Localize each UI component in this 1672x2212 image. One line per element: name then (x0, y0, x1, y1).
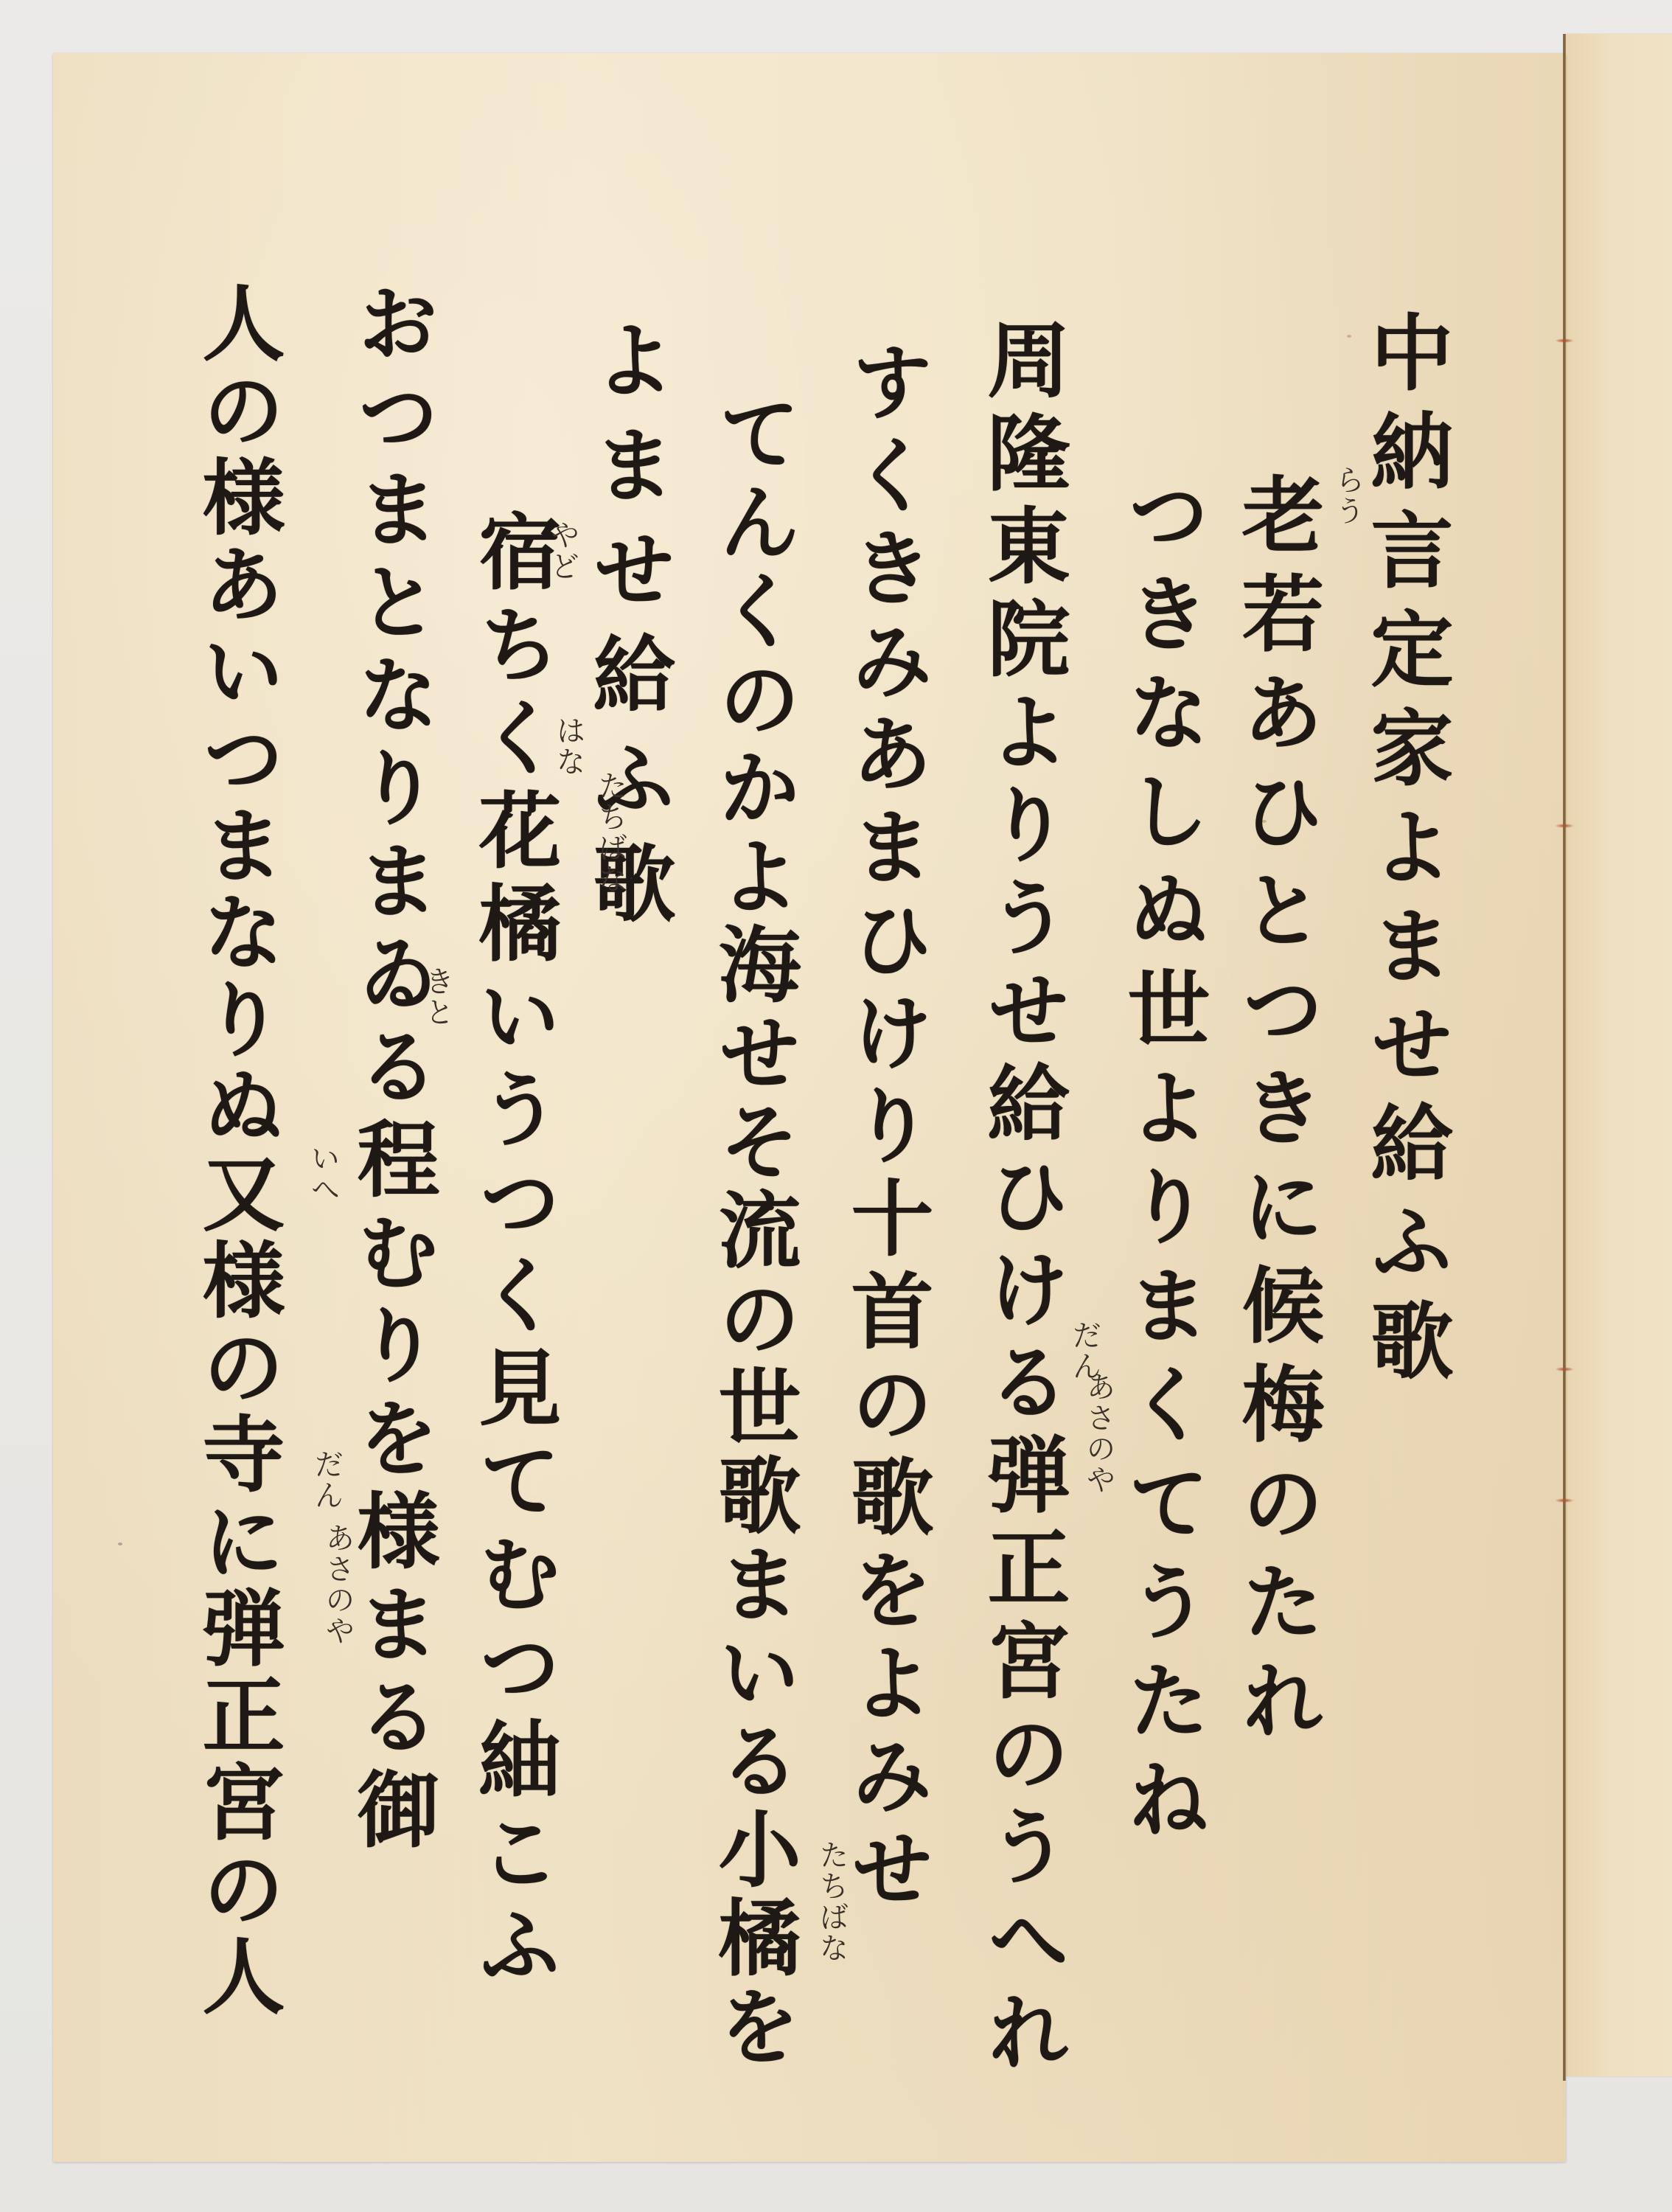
text-column-3: つきなしぬ世よりまくてうたね (1121, 472, 1203, 1855)
text-column-8: 宿ちく花橘いうつく見てむつ紬こふ (472, 509, 554, 1995)
text-column-1-heading: 中納言定家よませ給ふ歌 (1364, 310, 1446, 1397)
text-column-5: すくきみあまひけり十首の歌をよみせ (844, 339, 927, 1919)
adjacent-page-edge (1566, 34, 1672, 2076)
paper-speck (118, 1543, 122, 1545)
furigana-gloss: あさのや (1078, 1371, 1120, 1495)
furigana-gloss: はな (548, 715, 590, 777)
binding-stitch (1555, 1498, 1574, 1503)
furigana-gloss: らう (1327, 465, 1369, 526)
furigana-gloss: たちばな (811, 1840, 853, 1964)
text-column-4: 周隆東院よりうせ給ひける弾正宮のうへれ (980, 317, 1063, 2082)
binding-stitch (1555, 824, 1574, 828)
binding-stitch (1555, 1367, 1574, 1371)
text-column-9: おつまとなりまゐる程むりを様まる御 (350, 280, 433, 1860)
furigana-gloss: やど (542, 520, 584, 582)
furigana-gloss: たちばな (590, 771, 632, 894)
furigana-gloss: きと (417, 966, 459, 1028)
text-column-2: 老若あひとつきに候梅のたれ (1235, 472, 1317, 1756)
furigana-gloss: いへ (302, 1143, 344, 1205)
text-column-10: 人の様あいつまなりぬ又様の寺に弾正宮の人 (195, 280, 278, 2020)
binding-stitch (1555, 338, 1574, 343)
furigana-gloss: だん (306, 1449, 348, 1511)
furigana-gloss: あさのや (317, 1523, 359, 1646)
paper-stain (1347, 335, 1351, 338)
text-column-6: てんくのかよ海せそ流の世歌まいる小橘を (711, 391, 794, 2072)
